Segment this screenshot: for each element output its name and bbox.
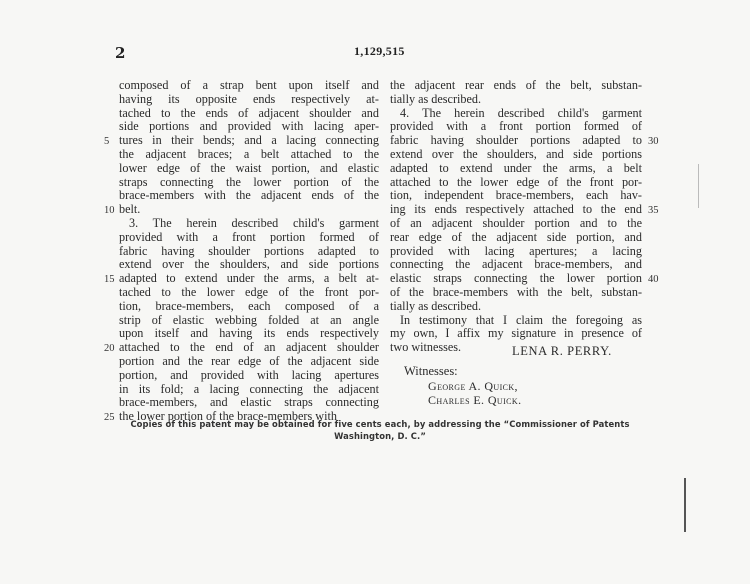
text-line: in its fold; a lacing connecting the adj… [119, 383, 379, 397]
text-line: connecting the adjacent brace-members, a… [390, 258, 642, 272]
witness-2: Charles E. Quick. [428, 393, 521, 408]
text-line: provided with lacing apertures; a lacing [390, 245, 642, 259]
text-line: tially as described. [390, 300, 642, 314]
patent-page: 2 1,129,515 composed of a strap bent upo… [0, 0, 750, 584]
text-line: having its opposite ends respectively at… [119, 93, 379, 107]
footer-notice: Copies of this patent may be obtained fo… [110, 418, 650, 442]
left-text-column: composed of a strap bent upon itself and… [119, 79, 379, 424]
footer-line-2: Washington, D. C.” [110, 430, 650, 442]
text-line: strip of elastic webbing folded at an an… [119, 314, 379, 328]
inventor-signature: LENA R. PERRY. [512, 344, 612, 359]
line-number: 5 [104, 136, 109, 147]
page-number: 2 [115, 44, 125, 62]
text-line: attached to the lower edge of the front … [390, 176, 642, 190]
text-line: extend over the shoulders, and side port… [119, 258, 379, 272]
line-number: 10 [104, 205, 115, 216]
witnesses-label: Witnesses: [404, 364, 458, 379]
text-line: tures in their bends; and a lacing conne… [119, 134, 379, 148]
text-line: 3. The herein described child's garment [119, 217, 379, 231]
text-line: the adjacent rear ends of the belt, subs… [390, 79, 642, 93]
right-text-column: the adjacent rear ends of the belt, subs… [390, 79, 642, 355]
text-line: extend over the shoulders, and side port… [390, 148, 642, 162]
text-line: rear edge of the adjacent side portion, … [390, 231, 642, 245]
line-number: 40 [648, 274, 659, 285]
text-line: fabric having shoulder portions adapted … [119, 245, 379, 259]
text-line: fabric having shoulder portions adapted … [390, 134, 642, 148]
text-line: straps connecting the lower portion of t… [119, 176, 379, 190]
text-line: portion, and provided with lacing apertu… [119, 369, 379, 383]
text-line: brace-members, and elastic straps connec… [119, 396, 379, 410]
text-line: provided with a front portion formed of [119, 231, 379, 245]
text-line: ing its ends respectively attached to th… [390, 203, 642, 217]
text-line: tially as described. [390, 93, 642, 107]
text-line: tached to the ends of adjacent shoulder … [119, 107, 379, 121]
text-line: attached to the end of an adjacent shoul… [119, 341, 379, 355]
text-line: upon itself and having its ends respecti… [119, 327, 379, 341]
line-number: 30 [648, 136, 659, 147]
text-line: provided with a front portion formed of [390, 120, 642, 134]
patent-number: 1,129,515 [354, 44, 405, 59]
text-line: the adjacent braces; a belt attached to … [119, 148, 379, 162]
text-line: adapted to extend under the arms, a belt… [119, 272, 379, 286]
footer-line-1: Copies of this patent may be obtained fo… [110, 418, 650, 430]
text-line: tion, brace-members, each composed of a [119, 300, 379, 314]
text-line: 4. The herein described child's garment [390, 107, 642, 121]
text-line: brace-members with the adjacent ends of … [119, 189, 379, 203]
line-number: 20 [104, 343, 115, 354]
text-line: adapted to extend under the arms, a belt [390, 162, 642, 176]
text-line: portion and the rear edge of the adjacen… [119, 355, 379, 369]
text-line: my own, I affix my signature in presence… [390, 327, 642, 341]
scan-mark [684, 478, 686, 532]
text-line: side portions and provided with lacing a… [119, 120, 379, 134]
text-line: of an adjacent shoulder portion and to t… [390, 217, 642, 231]
line-number: 15 [104, 274, 115, 285]
text-line: In testimony that I claim the foregoing … [390, 314, 642, 328]
witness-1: George A. Quick, [428, 379, 518, 394]
text-line: elastic straps connecting the lower port… [390, 272, 642, 286]
scan-mark-faint [698, 164, 699, 208]
text-line: tion, independent brace-members, each ha… [390, 189, 642, 203]
text-line: lower edge of the waist portion, and ela… [119, 162, 379, 176]
text-line: belt. [119, 203, 379, 217]
text-line: of the brace-members with the belt, subs… [390, 286, 642, 300]
text-line: composed of a strap bent upon itself and [119, 79, 379, 93]
text-line: tached to the lower edge of the front po… [119, 286, 379, 300]
line-number: 35 [648, 205, 659, 216]
